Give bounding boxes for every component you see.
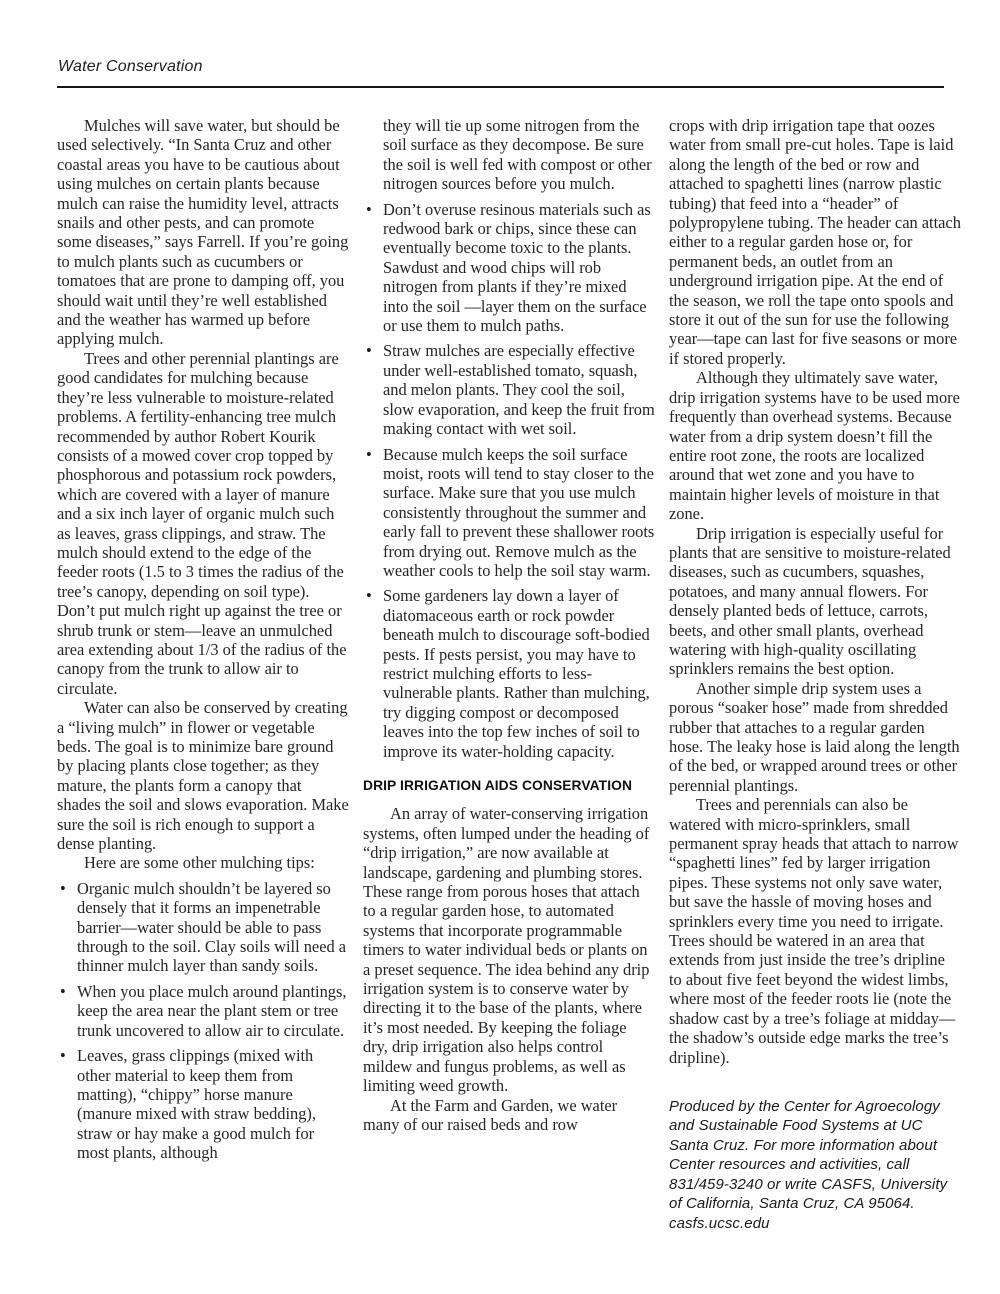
bullet-text: Don’t overuse resinous materials such as… xyxy=(383,200,651,335)
bullet-icon: • xyxy=(366,586,372,605)
article-columns: Mulches will save water, but should be u… xyxy=(57,116,961,1233)
bullet-text: Leaves, grass clippings (mixed with othe… xyxy=(77,1046,316,1162)
header-rule-divider xyxy=(57,86,944,88)
text-column-3: crops with drip irrigation tape that ooz… xyxy=(669,116,961,1233)
bullet-item: •Straw mulches are especially effective … xyxy=(363,341,655,438)
bullet-text: they will tie up some nitrogen from the … xyxy=(383,116,652,193)
bullet-item: •Organic mulch shouldn’t be layered so d… xyxy=(57,879,349,976)
bullet-text: Because mulch keeps the soil surface moi… xyxy=(383,445,654,580)
bullet-icon: • xyxy=(60,1046,66,1065)
paragraph: An array of water-conserving irrigation … xyxy=(363,804,655,1095)
paragraph: Here are some other mulching tips: xyxy=(57,853,349,872)
bullet-icon: • xyxy=(60,982,66,1001)
paragraph: Trees and perennials can also be watered… xyxy=(669,795,961,1067)
bullet-item: •Because mulch keeps the soil surface mo… xyxy=(363,445,655,581)
credit-text: Produced by the Center for Agroecology a… xyxy=(669,1097,961,1234)
paragraph: At the Farm and Garden, we water many of… xyxy=(363,1096,655,1135)
bullet-icon: • xyxy=(366,445,372,464)
bullet-text: When you place mulch around plantings, k… xyxy=(77,982,346,1040)
bullet-item: •When you place mulch around plantings, … xyxy=(57,982,349,1040)
paragraph: Trees and other perennial plantings are … xyxy=(57,349,349,698)
bullet-item: •Some gardeners lay down a layer of diat… xyxy=(363,586,655,761)
paragraph: Mulches will save water, but should be u… xyxy=(57,116,349,349)
paragraph: Another simple drip system uses a porous… xyxy=(669,679,961,795)
document-page: Water Conservation Mulches will save wat… xyxy=(0,0,1000,1294)
text-column-2: they will tie up some nitrogen from the … xyxy=(363,116,655,1233)
bullet-item-continued: they will tie up some nitrogen from the … xyxy=(363,116,655,194)
bullet-text: Straw mulches are especially effective u… xyxy=(383,341,655,438)
bullet-item: •Don’t overuse resinous materials such a… xyxy=(363,200,655,336)
paragraph: Drip irrigation is especially useful for… xyxy=(669,524,961,679)
bullet-item: •Leaves, grass clippings (mixed with oth… xyxy=(57,1046,349,1162)
paragraph: Water can also be conserved by creating … xyxy=(57,698,349,853)
paragraph-continued: crops with drip irrigation tape that ooz… xyxy=(669,116,961,368)
section-heading: DRIP IRRIGATION AIDS CONSERVATION xyxy=(363,776,655,795)
text-column-1: Mulches will save water, but should be u… xyxy=(57,116,349,1233)
bullet-text: Some gardeners lay down a layer of diato… xyxy=(383,586,650,760)
bullet-icon: • xyxy=(366,200,372,219)
paragraph: Although they ultimately save water, dri… xyxy=(669,368,961,523)
bullet-text: Organic mulch shouldn’t be layered so de… xyxy=(77,879,346,976)
bullet-icon: • xyxy=(60,879,66,898)
page-header-title: Water Conservation xyxy=(58,58,203,76)
bullet-icon: • xyxy=(366,341,372,360)
